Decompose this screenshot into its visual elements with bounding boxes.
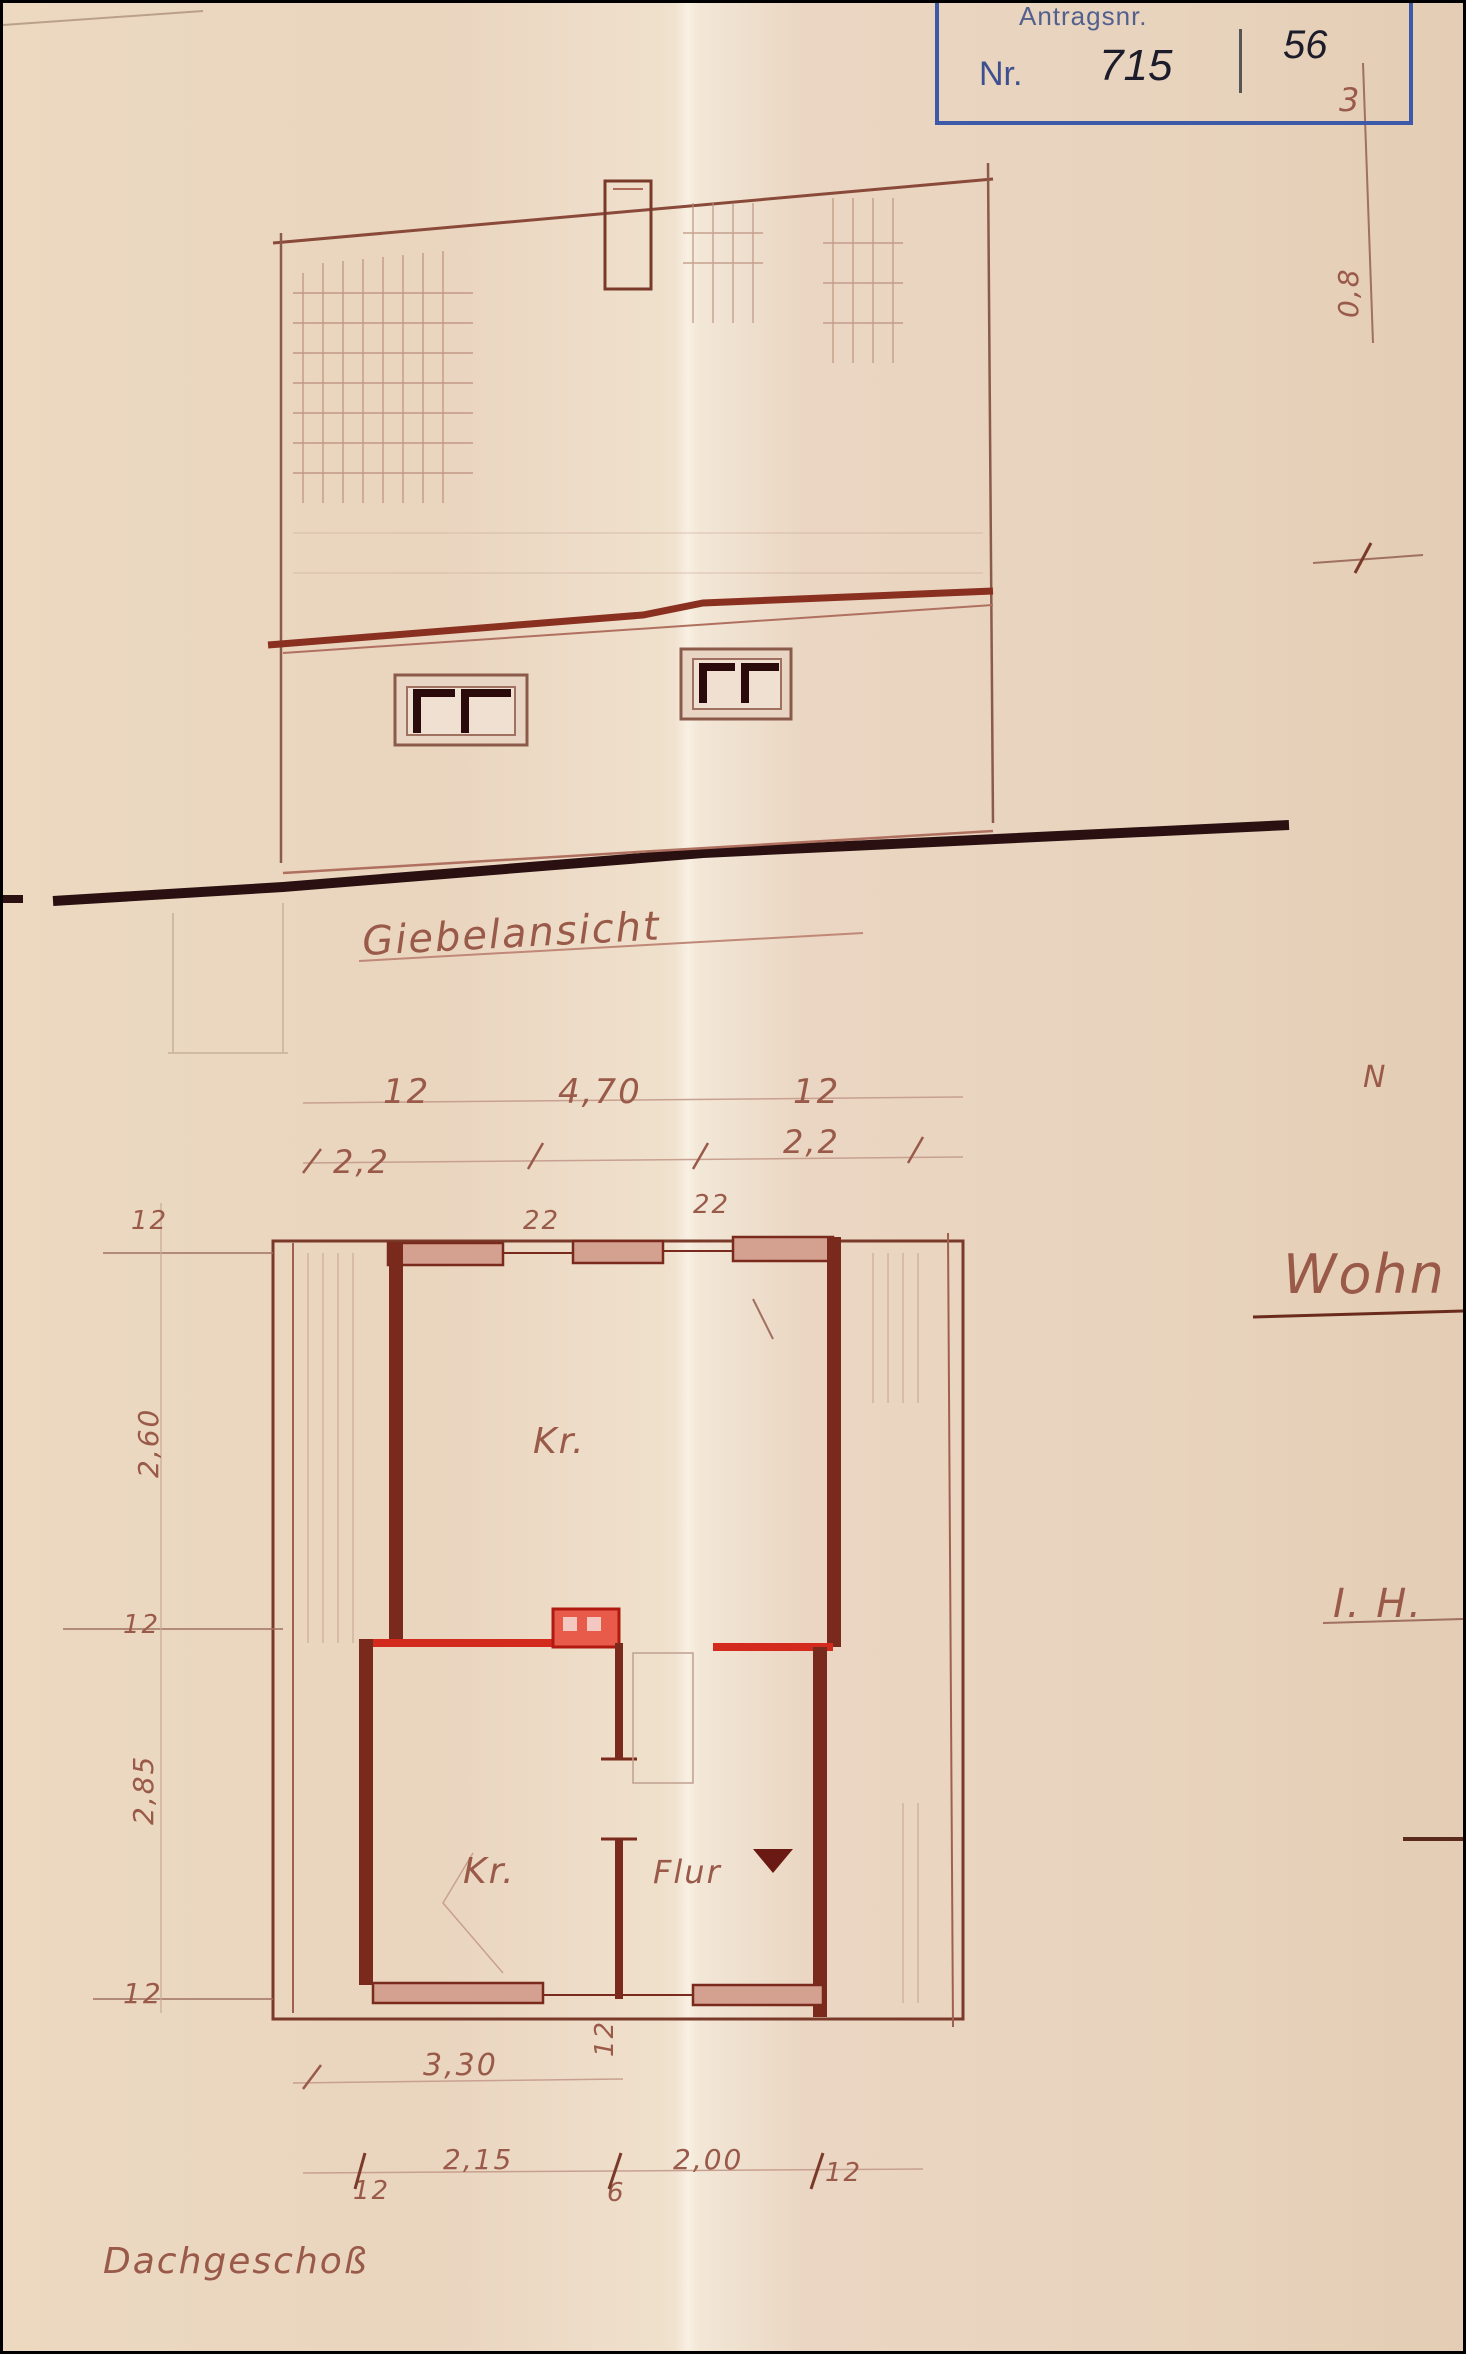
roof-hatching-left xyxy=(293,251,473,503)
dim-bottom-4: 2,15 xyxy=(443,2143,513,2176)
dim-bottom-1: 3,30 xyxy=(423,2048,498,2083)
window-right xyxy=(681,649,791,719)
dim-top-4: 2,2 xyxy=(333,1143,390,1181)
dim-top-3: 12 xyxy=(793,1072,840,1112)
stamp-divider xyxy=(1239,29,1242,93)
window-left xyxy=(395,675,527,745)
stamp-year: 56 xyxy=(1283,23,1328,68)
gable-elevation: 3 0,8 Giebelansicht xyxy=(3,63,1423,1053)
top-dimensions: 12 4,70 12 2,2 2,2 22 22 xyxy=(303,1072,963,1236)
dim-bottom-6: 2,00 xyxy=(673,2143,743,2176)
room-label-lower-right: Flur xyxy=(653,1853,722,1891)
architectural-drawing: 3 0,8 Giebelansicht 12 4,70 12 2,2 2,2 xyxy=(3,3,1463,2351)
room-label-upper: Kr. xyxy=(533,1421,586,1462)
dim-right-mid: 0,8 xyxy=(1332,267,1365,318)
dim-top-5: 2,2 xyxy=(783,1123,840,1161)
dim-wall-1: 22 xyxy=(523,1206,560,1236)
registration-stamp: Antragsnr. Nr. 715 56 xyxy=(935,3,1413,125)
drawing-sheet: 3 0,8 Giebelansicht 12 4,70 12 2,2 2,2 xyxy=(3,3,1463,2351)
stamp-prefix: Nr. xyxy=(979,55,1022,94)
stamp-header: Antragsnr. xyxy=(1019,3,1148,32)
dim-left-5: 12 xyxy=(123,1977,163,2010)
margin-note-1: N xyxy=(1363,1060,1387,1095)
dim-left-3: 12 xyxy=(123,1610,160,1640)
dim-top-2: 4,70 xyxy=(558,1072,642,1112)
dim-left-2: 2,60 xyxy=(132,1408,165,1478)
dim-wall-2: 22 xyxy=(693,1190,730,1220)
plan-walls xyxy=(359,1237,841,2017)
attic-floor-plan: 12 4,70 12 2,2 2,2 22 22 xyxy=(63,1072,963,2282)
dim-bottom-2: 12 xyxy=(590,2020,620,2057)
dim-left-4: 2,85 xyxy=(127,1755,160,1825)
room-label-lower-left: Kr. xyxy=(463,1851,516,1892)
stamp-number: 715 xyxy=(1099,41,1172,91)
margin-notes: N Wohn I. H. xyxy=(1253,1060,1463,1839)
elevation-label: Giebelansicht xyxy=(361,903,662,965)
roof-hatching-right xyxy=(683,198,903,363)
bottom-dimensions: 3,30 12 12 2,15 6 2,00 12 xyxy=(293,2020,923,2208)
dim-top-1: 12 xyxy=(383,1072,430,1112)
margin-note-2: Wohn xyxy=(1283,1243,1446,1306)
level-marker-icon xyxy=(753,1849,793,1873)
chimney xyxy=(553,1609,619,1647)
plan-title: Dachgeschoß xyxy=(103,2241,368,2282)
dim-left-1: 12 xyxy=(131,1206,168,1236)
left-dimensions: 12 2,60 12 2,85 12 xyxy=(63,1203,283,2013)
dim-bottom-7: 12 xyxy=(825,2158,862,2188)
